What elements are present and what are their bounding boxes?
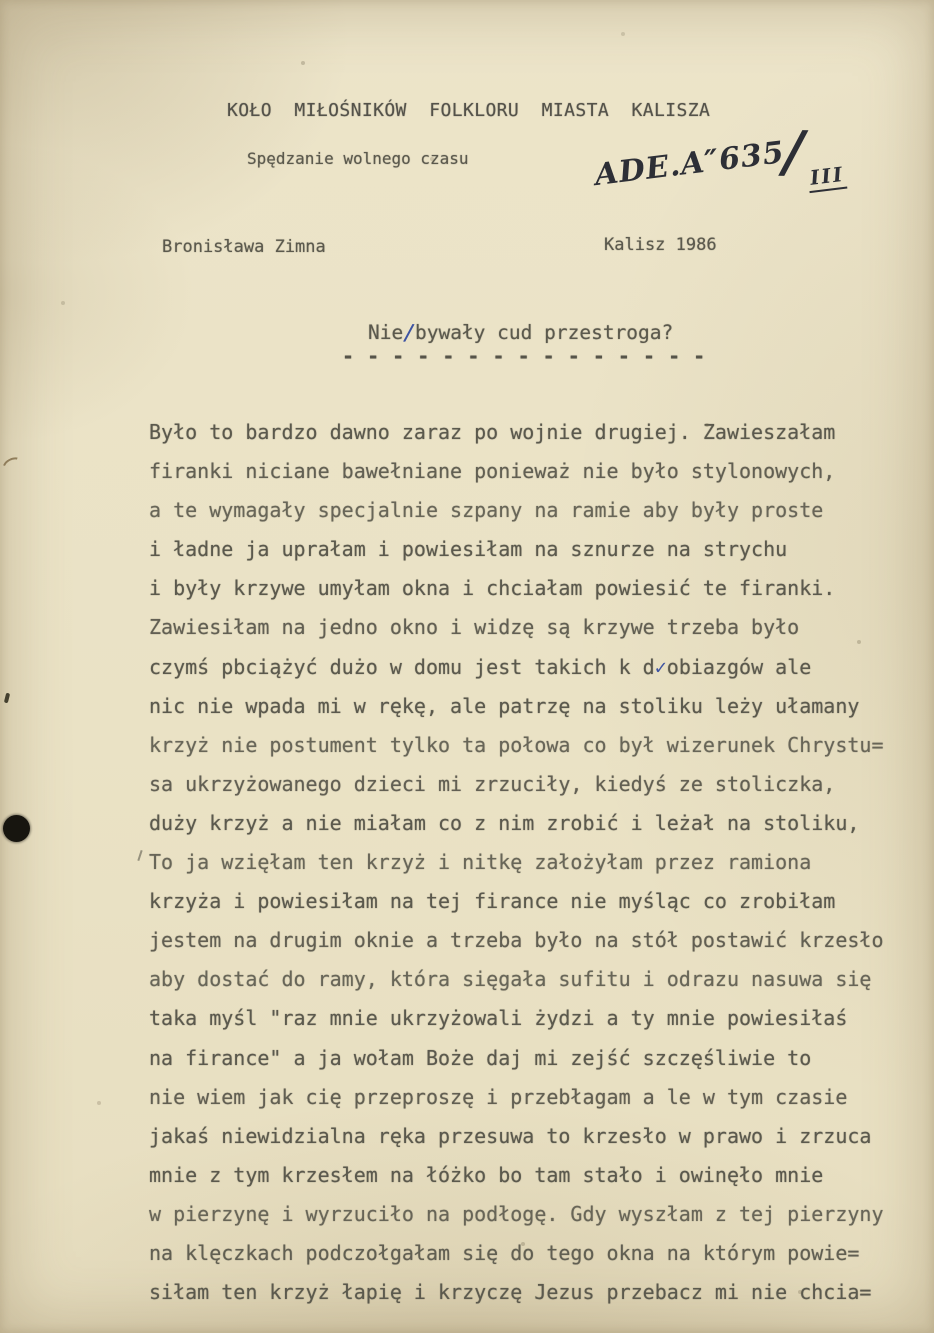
typescript-line: sa ukrzyżowanego dzieci mi zrzuciły, kie… (149, 765, 884, 804)
typed-text-segment: i ładne ja uprałam i powiesiłam na sznur… (149, 537, 787, 561)
typescript-line: i były krzywe umyłam okna i chciałam pow… (149, 569, 884, 608)
typescript-line: a te wymagały specjalnie szpany na ramie… (149, 491, 884, 530)
place-and-date: Kalisz 1986 (604, 235, 717, 255)
typescript-line: jestem na drugim oknie a trzeba było na … (149, 921, 884, 960)
typed-text-segment: krzyża i powiesiłam na tej firance nie m… (149, 889, 835, 913)
typed-text-segment: obiazgów ale (667, 655, 812, 679)
archive-code: ADE.A″635 (593, 135, 787, 193)
typescript-line: duży krzyż a nie miałam co z nim zrobić … (149, 804, 884, 843)
paper-speckles (0, 0, 2, 2)
typed-text-segment: jestem na drugim oknie a trzeba było na … (149, 928, 884, 952)
typescript-line: w pierzynę i wyrzuciło na podłogę. Gdy w… (149, 1195, 884, 1234)
stray-pen-mark (137, 850, 142, 861)
document-title: Nie/bywały cud przestroga? (368, 321, 673, 344)
typescript-line: jakaś niewidzialna ręka przesuwa to krze… (149, 1117, 884, 1156)
typescript-line: na klęczkach podczołgałam się do tego ok… (149, 1234, 884, 1273)
hole-punch-dot (3, 815, 30, 842)
typescript-line: krzyż nie postument tylko ta połowa co b… (149, 726, 884, 765)
typed-text-segment: duży krzyż a nie miałam co z nim zrobić … (149, 811, 859, 835)
typed-text-segment: To ja wzięłam ten krzyż i nitkę założyła… (149, 850, 811, 874)
document-subtitle: Spędzanie wolnego czasu (247, 149, 469, 168)
typed-text-segment: firanki niciane bawełniane ponieważ nie … (149, 459, 835, 483)
typed-text-segment: krzyż nie postument tylko ta połowa co b… (149, 733, 884, 757)
typed-text-segment: Zawiesiłam na jedno okno i widzę są krzy… (149, 615, 799, 639)
typescript-line: siłam ten krzyż łapię i krzyczę Jezus pr… (149, 1273, 884, 1312)
typescript-line: krzyża i powiesiłam na tej firance nie m… (149, 882, 884, 921)
typed-text-segment: sa ukrzyżowanego dzieci mi zrzuciły, kie… (149, 772, 835, 796)
typed-text-segment: a te wymagały specjalnie szpany na ramie… (149, 498, 823, 522)
typed-text-segment: Było to bardzo dawno zaraz po wojnie dru… (149, 420, 835, 444)
typed-text-segment: jakaś niewidzialna ręka przesuwa to krze… (149, 1124, 871, 1148)
typed-text-segment: i były krzywe umyłam okna i chciałam pow… (149, 576, 835, 600)
typescript-line: taka myśl "raz mnie ukrzyżowali żydzi a … (149, 999, 884, 1038)
typed-text-segment: siłam ten krzyż łapię i krzyczę Jezus pr… (149, 1280, 871, 1304)
paper-tear-mark (0, 454, 27, 479)
typescript-line: mnie z tym krzesłem na łóżko bo tam stał… (149, 1156, 884, 1195)
handwritten-archive-annotation: ADE.A″635/III (593, 128, 845, 193)
typescript-line: Było to bardzo dawno zaraz po wojnie dru… (149, 413, 884, 452)
author-name: Bronisława Zimna (162, 237, 326, 257)
typescript-line: na firance" a ja wołam Boże daj mi zejść… (149, 1039, 884, 1078)
typescript-line: Zawiesiłam na jedno okno i widzę są krzy… (149, 608, 884, 647)
typescript-body: Było to bardzo dawno zaraz po wojnie dru… (149, 413, 884, 1312)
typed-text-segment: na firance" a ja wołam Boże daj mi zejść… (149, 1046, 811, 1070)
typed-text-segment: w pierzynę i wyrzuciło na podłogę. Gdy w… (149, 1202, 884, 1226)
paper-blemish-mark (4, 693, 10, 704)
typescript-line: nic nie wpada mi w rękę, ale patrzę na s… (149, 687, 884, 726)
title-dashed-underline: - - - - - - - - - - - - - - - (342, 344, 706, 368)
typescript-line: To ja wzięłam ten krzyż i nitkę założyła… (149, 843, 884, 882)
typed-text-segment: na klęczkach podczołgałam się do tego ok… (149, 1241, 859, 1265)
typed-text-segment: nic nie wpada mi w rękę, ale patrzę na s… (149, 694, 859, 718)
typed-text-segment: mnie z tym krzesłem na łóżko bo tam stał… (149, 1163, 823, 1187)
typescript-line: czymś pbciążyć dużo w domu jest takich k… (149, 648, 884, 687)
typed-text-segment: taka myśl "raz mnie ukrzyżowali żydzi a … (149, 1006, 847, 1030)
archive-code-roman-numeral: III (807, 162, 848, 193)
organization-heading: KOŁO MIŁOŚNIKÓW FOLKLORU MIASTA KALISZA (227, 100, 710, 121)
typed-text-segment: czymś pbciążyć dużo w domu jest takich k… (149, 655, 655, 679)
typescript-line: i ładne ja uprałam i powiesiłam na sznur… (149, 530, 884, 569)
typed-text-segment: bywały cud przestroga? (415, 321, 673, 344)
typed-text-segment: Nie (368, 321, 403, 344)
typescript-line: aby dostać do ramy, która sięgała sufitu… (149, 960, 884, 999)
typescript-line: firanki niciane bawełniane ponieważ nie … (149, 452, 884, 491)
pen-correction-mark: ✓ (655, 655, 667, 679)
typed-text-segment: aby dostać do ramy, która sięgała sufitu… (149, 967, 871, 991)
scanned-document-page: KOŁO MIŁOŚNIKÓW FOLKLORU MIASTA KALISZA … (0, 0, 934, 1333)
typescript-line: nie wiem jak cię przeproszę i przebłagam… (149, 1078, 884, 1117)
typed-text-segment: nie wiem jak cię przeproszę i przebłagam… (149, 1085, 847, 1109)
